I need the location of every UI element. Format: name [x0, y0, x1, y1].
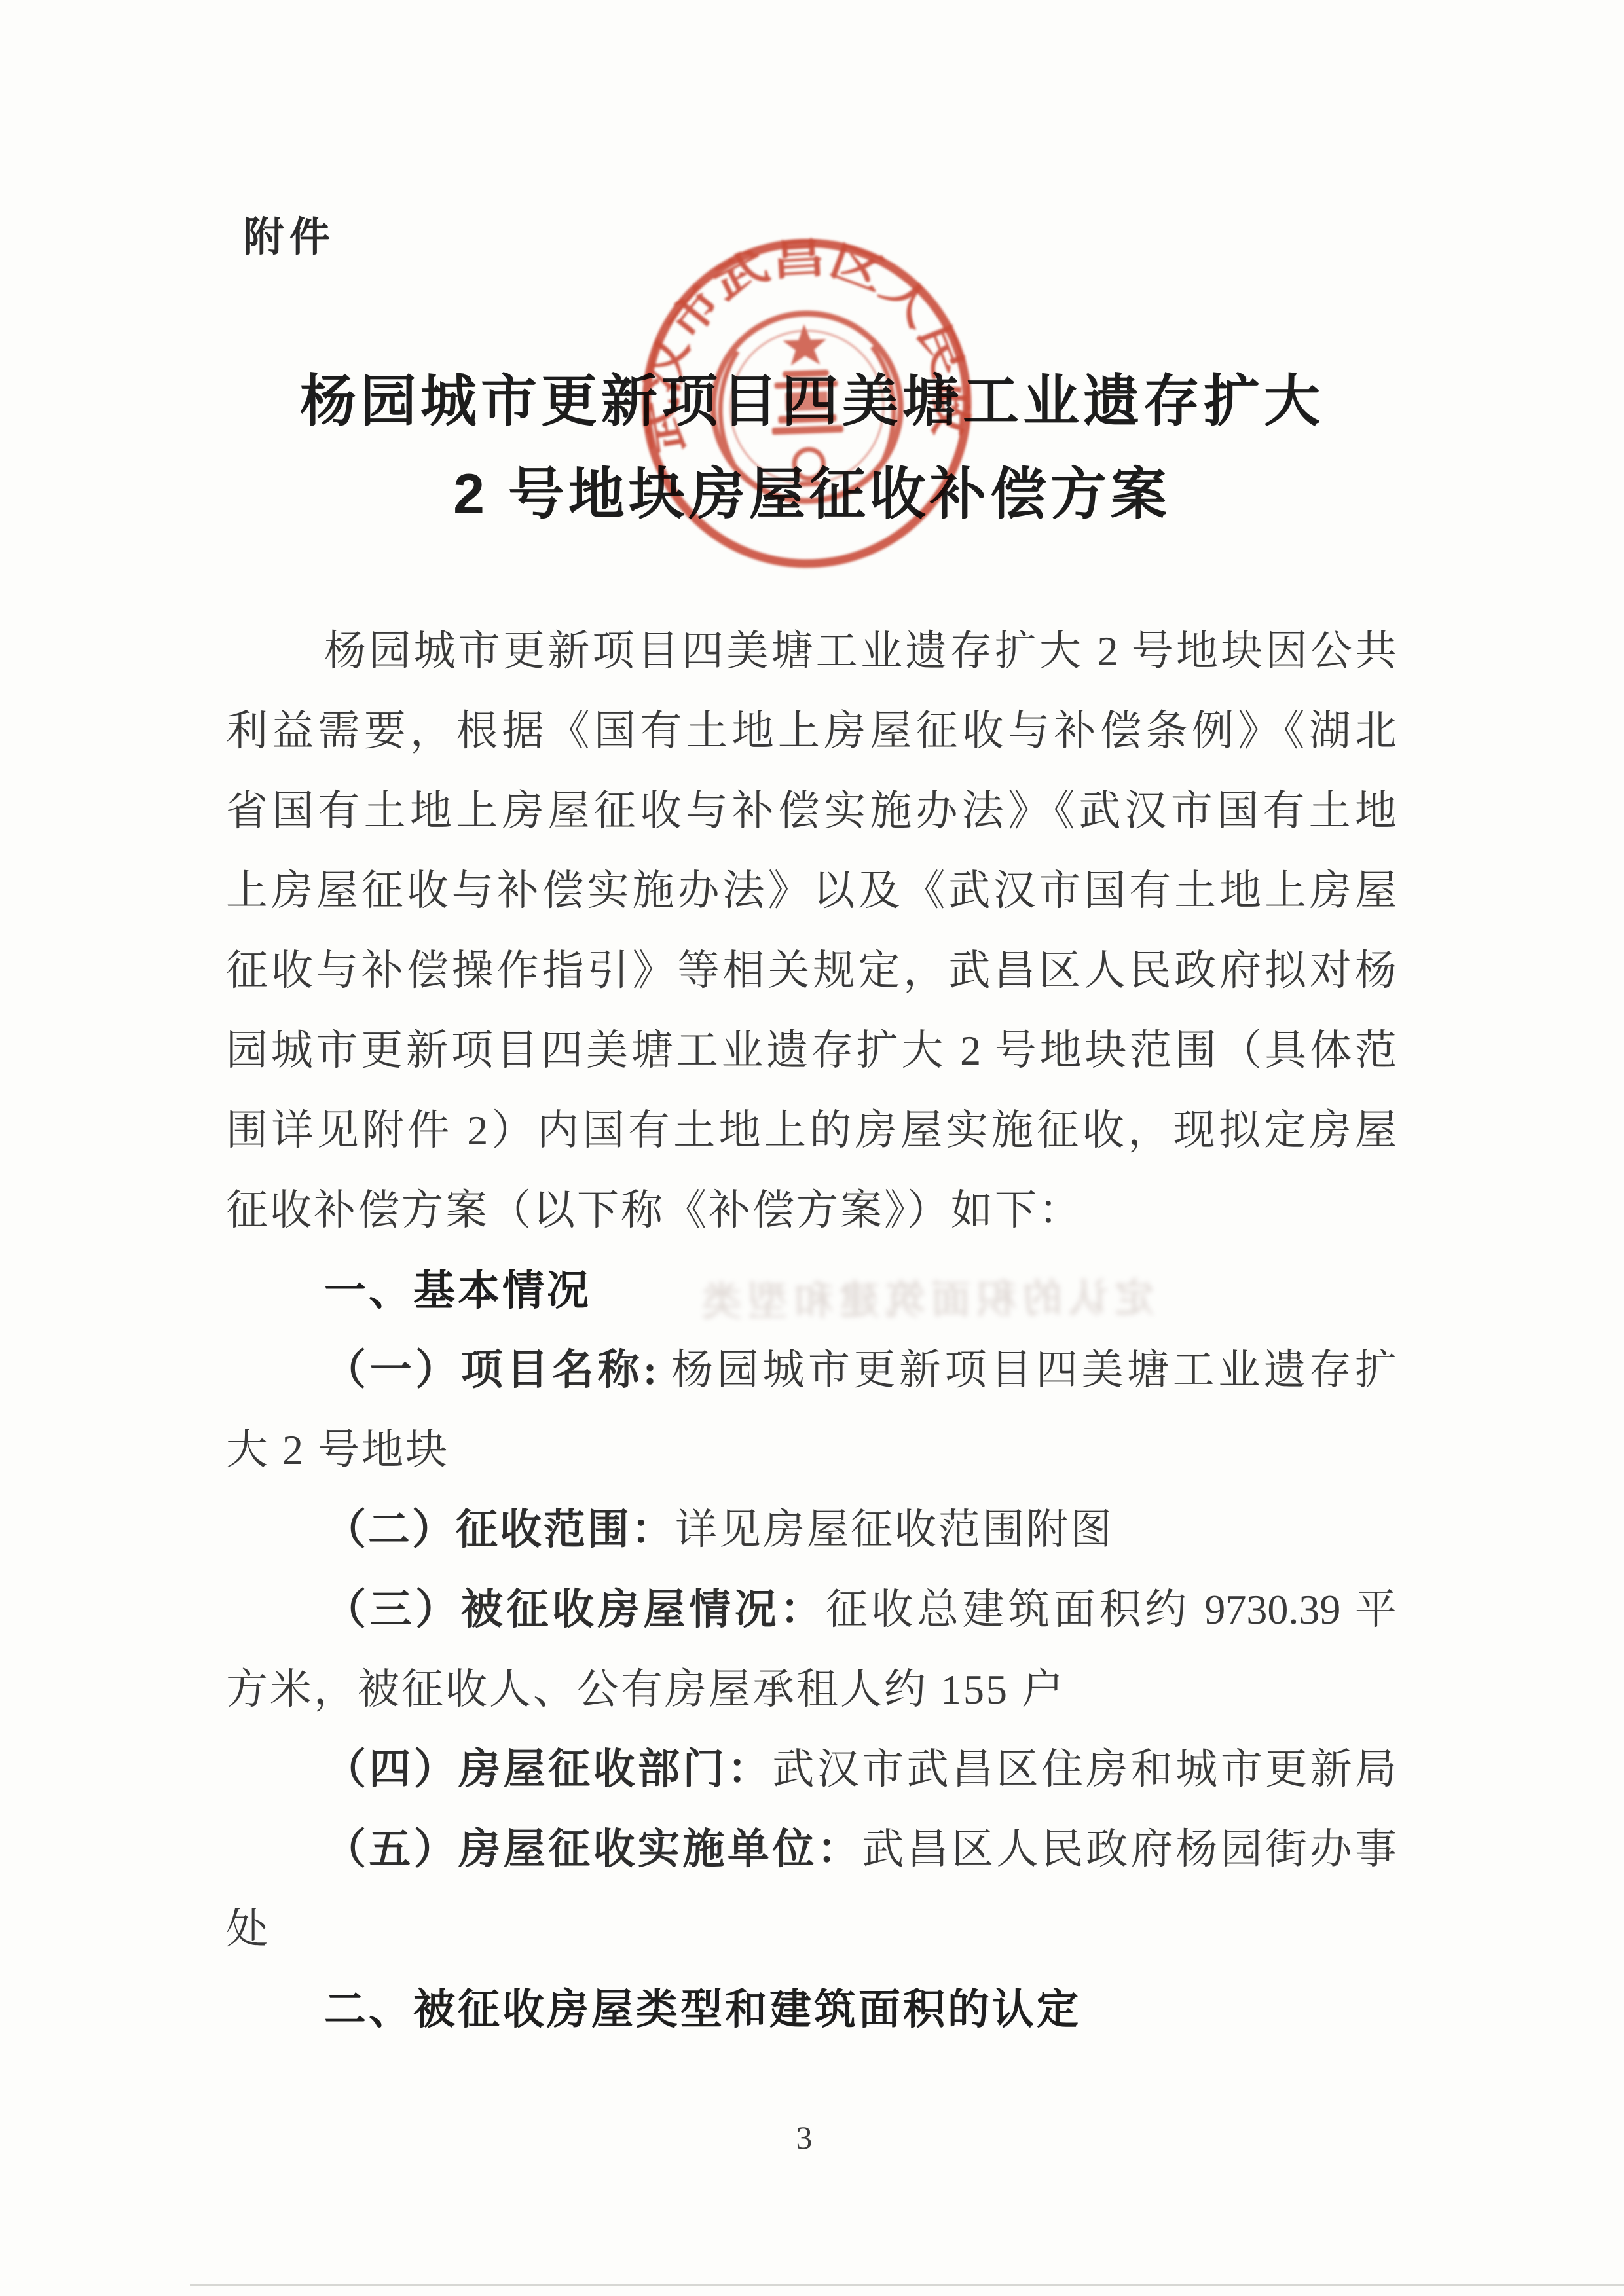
body-line: 园城市更新项目四美塘工业遗存扩大 2 号地块范围（具体范	[226, 1011, 1397, 1091]
seal-national-emblem	[710, 310, 904, 504]
section-heading-2: 二、被征收房屋类型和建筑面积的认定	[226, 1969, 1397, 2049]
scanner-edge-artifact	[190, 2284, 1624, 2286]
item-label: （四）房屋征收部门：	[324, 1746, 772, 1793]
body-line: 大 2 号地块	[226, 1410, 1397, 1490]
item-label: （二）征收范围：	[324, 1506, 675, 1553]
emblem-star-icon	[783, 323, 828, 366]
body-line: 处	[226, 1889, 1397, 1969]
body-line: 围详见附件 2）内国有土地上的房屋实施征收，现拟定房屋	[226, 1091, 1397, 1171]
body-line: （五）房屋征收实施单位：武昌区人民政府杨园街办事	[226, 1810, 1397, 1889]
body-line: （二）征收范围：详见房屋征收范围附图	[226, 1490, 1397, 1570]
document-page: 附件 杨园城市更新项目四美塘工业遗存扩大 2 号地块房屋征收补偿方案 杨园城市更…	[0, 0, 1624, 2296]
body-line: 杨园城市更新项目四美塘工业遗存扩大 2 号地块因公共	[226, 611, 1397, 691]
item-label: （一）项目名称:	[324, 1347, 657, 1393]
body-line: 征收补偿方案（以下称《补偿方案》）如下：	[226, 1171, 1397, 1250]
body-line: 方米，被征收人、公有房屋承租人约 155 户	[226, 1650, 1397, 1730]
page-number: 3	[0, 2119, 1608, 2157]
body-line: 征收与补偿操作指引》等相关规定，武昌区人民政府拟对杨	[226, 931, 1397, 1011]
item-label: （五）房屋征收实施单位：	[324, 1826, 862, 1872]
body-line: 省国有土地上房屋征收与补偿实施办法》《武汉市国有土地	[226, 771, 1397, 851]
body-line: （一）项目名称: 杨园城市更新项目四美塘工业遗存扩	[226, 1330, 1397, 1410]
item-label: （三）被征收房屋情况：	[324, 1586, 826, 1633]
body-line: （四）房屋征收部门：武汉市武昌区住房和城市更新局	[226, 1730, 1397, 1810]
attachment-label: 附件	[244, 204, 335, 263]
body-line: 上房屋征收与补偿实施办法》以及《武汉市国有土地上房屋	[226, 851, 1397, 931]
ink-bleed-artifact: 定认的积面筑建和型类	[695, 1267, 1154, 1327]
official-seal: 武汉市武昌区人民政府	[631, 227, 983, 579]
body-line: 利益需要，根据《国有土地上房屋征收与补偿条例》《湖北	[226, 691, 1397, 771]
document-body: 杨园城市更新项目四美塘工业遗存扩大 2 号地块因公共 利益需要，根据《国有土地上…	[226, 611, 1397, 2049]
body-line: （三）被征收房屋情况：征收总建筑面积约 9730.39 平	[226, 1570, 1397, 1650]
